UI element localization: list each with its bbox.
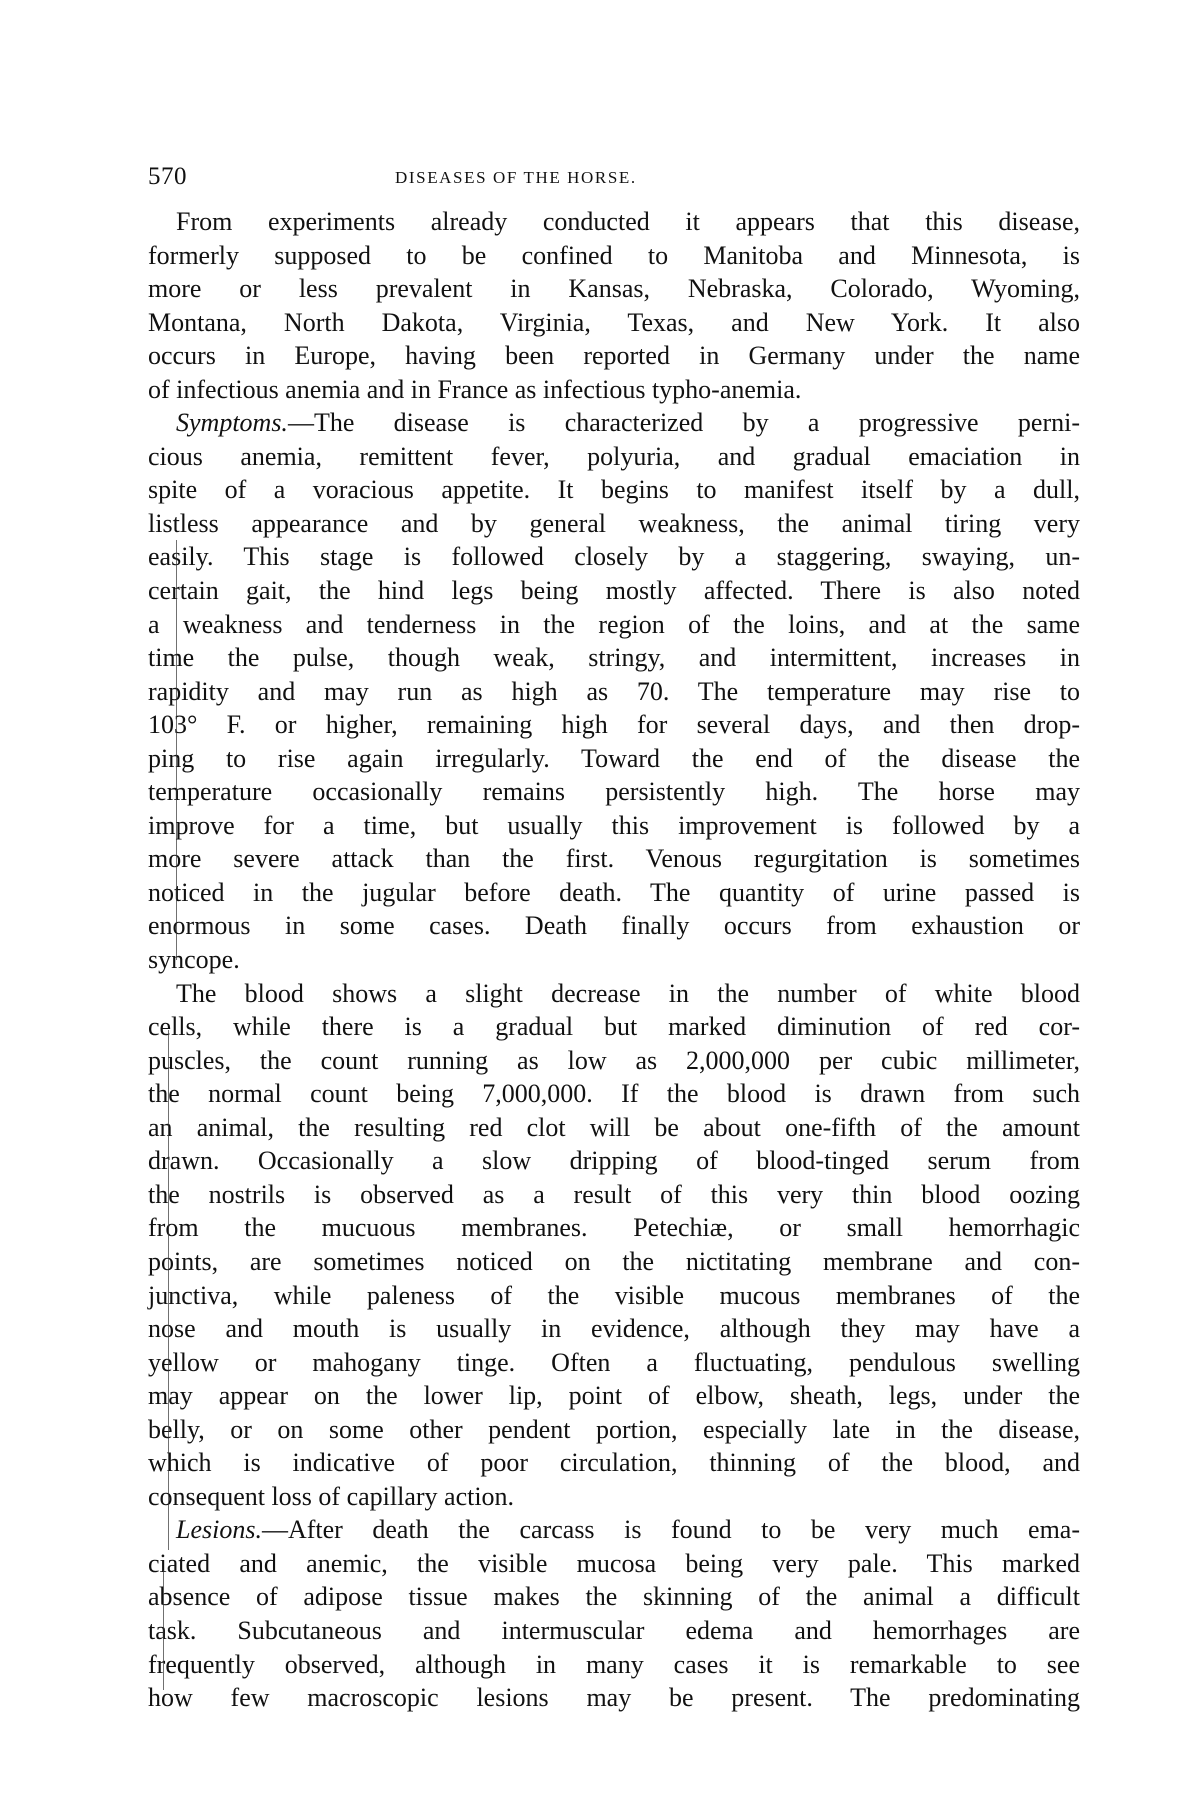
text-line: cious anemia, remittent fever, polyuria,… bbox=[148, 440, 1080, 474]
text-line: Lesions.—After death the carcass is foun… bbox=[148, 1513, 1080, 1547]
body-text: From experiments already conducted it ap… bbox=[148, 205, 1080, 1715]
text-line: easily. This stage is followed closely b… bbox=[148, 540, 1080, 574]
scan-artifact-line bbox=[163, 1570, 164, 1690]
text-line: Symptoms.—The disease is characterized b… bbox=[148, 406, 1080, 440]
text-line: yellow or mahogany tinge. Often a fluctu… bbox=[148, 1346, 1080, 1380]
text-line: formerly supposed to be confined to Mani… bbox=[148, 239, 1080, 273]
text-line: more or less prevalent in Kansas, Nebras… bbox=[148, 272, 1080, 306]
scan-artifact-line bbox=[176, 540, 177, 960]
paragraph-blood: The blood shows a slight decrease in the… bbox=[148, 977, 1080, 1514]
text-line: listless appearance and by general weakn… bbox=[148, 507, 1080, 541]
text-line: spite of a voracious appetite. It begins… bbox=[148, 473, 1080, 507]
text-line: time the pulse, though weak, stringy, an… bbox=[148, 641, 1080, 675]
text-line: ping to rise again irregularly. Toward t… bbox=[148, 742, 1080, 776]
text-line: Montana, North Dakota, Virginia, Texas, … bbox=[148, 306, 1080, 340]
page-number: 570 bbox=[148, 163, 187, 191]
text-fragment: —After death the carcass is found to be … bbox=[262, 1515, 1080, 1544]
text-line: an animal, the resulting red clot will b… bbox=[148, 1111, 1080, 1145]
text-line: consequent loss of capillary action. bbox=[148, 1480, 1080, 1514]
text-line: task. Subcutaneous and intermuscular ede… bbox=[148, 1614, 1080, 1648]
text-line: syncope. bbox=[148, 943, 1080, 977]
text-line: From experiments already conducted it ap… bbox=[148, 205, 1080, 239]
text-line: how few macroscopic lesions may be prese… bbox=[148, 1681, 1080, 1715]
text-line: ciated and anemic, the visible mucosa be… bbox=[148, 1547, 1080, 1581]
text-line: occurs in Europe, having been reported i… bbox=[148, 339, 1080, 373]
scan-artifact-line bbox=[168, 1030, 169, 1550]
section-heading-lesions: Lesions. bbox=[176, 1515, 262, 1544]
text-line: of infectious anemia and in France as in… bbox=[148, 373, 1080, 407]
text-line: noticed in the jugular before death. The… bbox=[148, 876, 1080, 910]
text-line: from the mucuous membranes. Petechiæ, or… bbox=[148, 1211, 1080, 1245]
text-line: improve for a time, but usually this imp… bbox=[148, 809, 1080, 843]
text-line: temperature occasionally remains persist… bbox=[148, 775, 1080, 809]
text-line: the nostrils is observed as a result of … bbox=[148, 1178, 1080, 1212]
text-line: The blood shows a slight decrease in the… bbox=[148, 977, 1080, 1011]
section-heading-symptoms: Symptoms. bbox=[176, 408, 288, 437]
running-title: DISEASES OF THE HORSE. bbox=[395, 168, 637, 188]
text-line: the normal count being 7,000,000. If the… bbox=[148, 1077, 1080, 1111]
text-line: 103° F. or higher, remaining high for se… bbox=[148, 708, 1080, 742]
text-line: certain gait, the hind legs being mostly… bbox=[148, 574, 1080, 608]
paragraph-intro: From experiments already conducted it ap… bbox=[148, 205, 1080, 406]
text-line: enormous in some cases. Death finally oc… bbox=[148, 909, 1080, 943]
text-line: cells, while there is a gradual but mark… bbox=[148, 1010, 1080, 1044]
text-line: absence of adipose tissue makes the skin… bbox=[148, 1580, 1080, 1614]
document-page: 570 DISEASES OF THE HORSE. From experime… bbox=[0, 0, 1200, 1795]
text-fragment: —The disease is characterized by a progr… bbox=[288, 408, 1080, 437]
text-line: junctiva, while paleness of the visible … bbox=[148, 1279, 1080, 1313]
text-line: belly, or on some other pendent portion,… bbox=[148, 1413, 1080, 1447]
running-header: 570 DISEASES OF THE HORSE. bbox=[148, 163, 1072, 193]
paragraph-symptoms: Symptoms.—The disease is characterized b… bbox=[148, 406, 1080, 976]
text-line: puscles, the count running as low as 2,0… bbox=[148, 1044, 1080, 1078]
text-line: more severe attack than the first. Venou… bbox=[148, 842, 1080, 876]
text-line: may appear on the lower lip, point of el… bbox=[148, 1379, 1080, 1413]
text-line: drawn. Occasionally a slow dripping of b… bbox=[148, 1144, 1080, 1178]
text-line: a weakness and tenderness in the region … bbox=[148, 608, 1080, 642]
text-line: points, are sometimes noticed on the nic… bbox=[148, 1245, 1080, 1279]
text-line: rapidity and may run as high as 70. The … bbox=[148, 675, 1080, 709]
text-line: frequently observed, although in many ca… bbox=[148, 1648, 1080, 1682]
text-line: which is indicative of poor circulation,… bbox=[148, 1446, 1080, 1480]
text-line: nose and mouth is usually in evidence, a… bbox=[148, 1312, 1080, 1346]
paragraph-lesions: Lesions.—After death the carcass is foun… bbox=[148, 1513, 1080, 1714]
